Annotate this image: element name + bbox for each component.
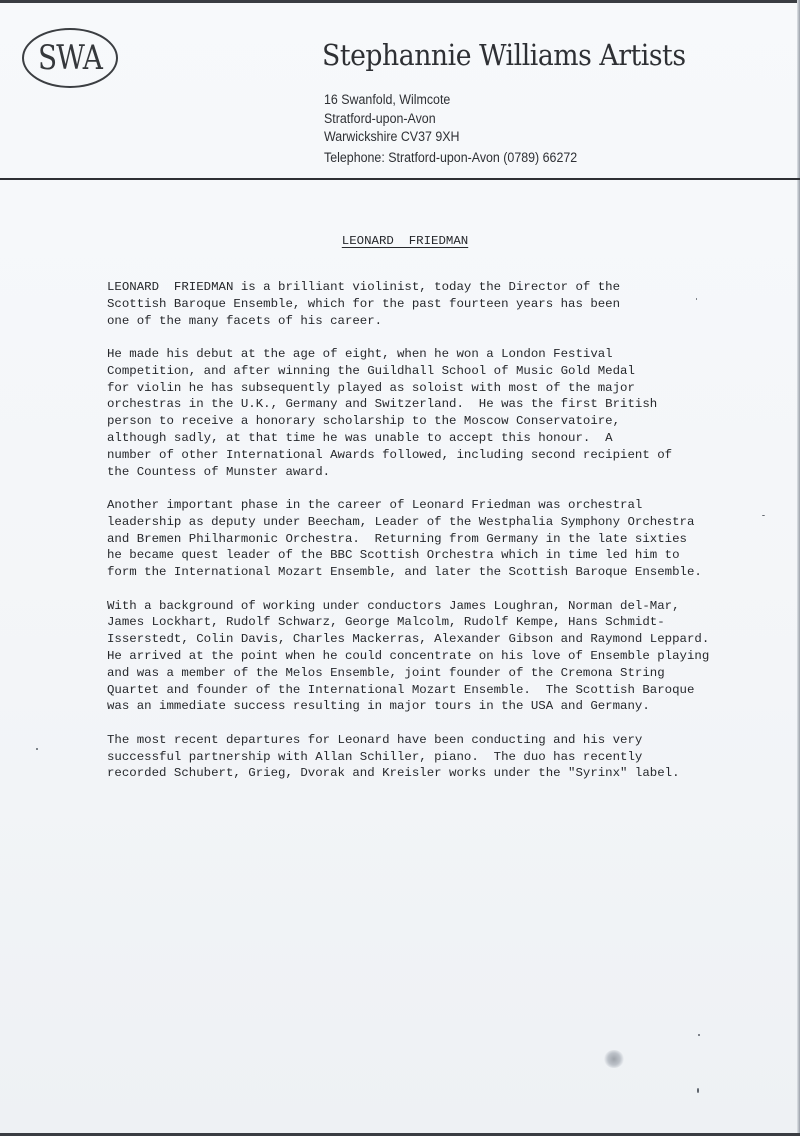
letterhead-divider (0, 178, 800, 180)
document-body: LEONARD FRIEDMAN is a brilliant violinis… (107, 279, 797, 799)
address-line: Warwickshire CV37 9XH (324, 128, 577, 147)
swa-logo: SWA (22, 28, 118, 88)
paragraph-line: Another important phase in the career of… (107, 497, 797, 514)
body-paragraph: He made his debut at the age of eight, w… (107, 346, 797, 480)
speck (697, 1088, 699, 1093)
paragraph-line: although sadly, at that time he was unab… (107, 430, 797, 447)
paragraph-line: recorded Schubert, Grieg, Dvorak and Kre… (107, 765, 797, 782)
telephone-line: Telephone: Stratford-upon-Avon (0789) 66… (324, 149, 577, 168)
paragraph-line: James Lockhart, Rudolf Schwarz, George M… (107, 614, 797, 631)
company-name: Stephannie Williams Artists (322, 38, 686, 72)
paragraph-line: one of the many facets of his career. (107, 313, 797, 330)
paragraph-line: LEONARD FRIEDMAN is a brilliant violinis… (107, 279, 797, 296)
paragraph-line: and was a member of the Melos Ensemble, … (107, 665, 797, 682)
paragraph-line: Scottish Baroque Ensemble, which for the… (107, 296, 797, 313)
paragraph-line: orchestras in the U.K., Germany and Swit… (107, 396, 797, 413)
paragraph-line: the Countess of Munster award. (107, 464, 797, 481)
letter-page: SWA Stephannie Williams Artists 16 Swanf… (0, 0, 800, 1136)
document-title: LEONARD FRIEDMAN (0, 231, 800, 249)
body-paragraph: With a background of working under condu… (107, 598, 797, 716)
paragraph-line: Competition, and after winning the Guild… (107, 363, 797, 380)
paragraph-line: form the International Mozart Ensemble, … (107, 564, 797, 581)
company-address: 16 Swanfold, Wilmcote Stratford-upon-Avo… (324, 91, 577, 167)
paragraph-line: for violin he has subsequently played as… (107, 380, 797, 397)
page-top-edge (0, 0, 800, 3)
paragraph-line: leadership as deputy under Beecham, Lead… (107, 514, 797, 531)
paragraph-line: Isserstedt, Colin Davis, Charles Mackerr… (107, 631, 797, 648)
body-paragraph: Another important phase in the career of… (107, 497, 797, 581)
paragraph-line: Quartet and founder of the International… (107, 682, 797, 699)
ink-smudge (604, 1050, 624, 1068)
speck (36, 748, 38, 750)
speck (762, 515, 765, 516)
paragraph-line: The most recent departures for Leonard h… (107, 732, 797, 749)
paragraph-line: With a background of working under condu… (107, 598, 797, 615)
address-line: 16 Swanfold, Wilmcote (324, 91, 577, 110)
address-line: Stratford-upon-Avon (324, 110, 577, 129)
logo-text: SWA (31, 28, 110, 88)
paragraph-line: successful partnership with Allan Schill… (107, 749, 797, 766)
paragraph-line: He made his debut at the age of eight, w… (107, 346, 797, 363)
paragraph-line: and Bremen Philharmonic Orchestra. Retur… (107, 531, 797, 548)
body-paragraph: The most recent departures for Leonard h… (107, 732, 797, 782)
document-title-text: LEONARD FRIEDMAN (332, 234, 468, 248)
paragraph-line: he became quest leader of the BBC Scotti… (107, 547, 797, 564)
speck (698, 1034, 700, 1036)
paragraph-line: number of other International Awards fol… (107, 447, 797, 464)
paragraph-line: was an immediate success resulting in ma… (107, 698, 797, 715)
paragraph-line: person to receive a honorary scholarship… (107, 413, 797, 430)
speck (696, 298, 697, 300)
body-paragraph: LEONARD FRIEDMAN is a brilliant violinis… (107, 279, 797, 329)
paragraph-line: He arrived at the point when he could co… (107, 648, 797, 665)
